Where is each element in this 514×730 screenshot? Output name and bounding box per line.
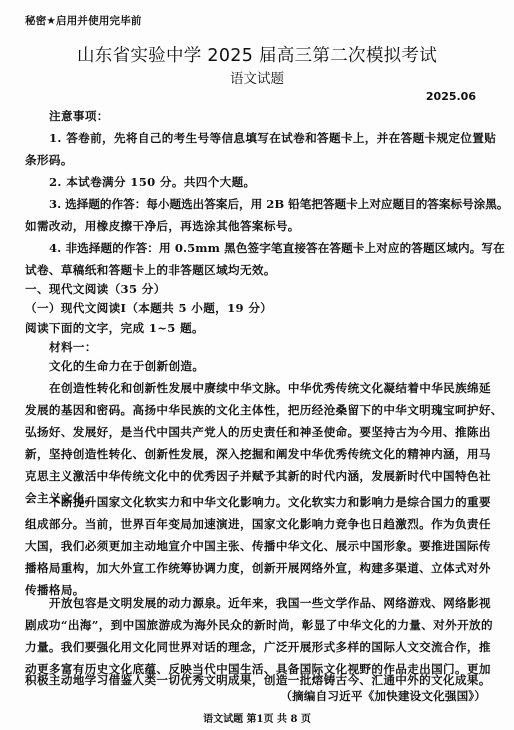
exam-body: 注意事项： 1. 答卷前，先将自己的考生号等信息填写在试卷和答题卡上，并在答题卡… <box>25 0 491 730</box>
paragraph-1-line: 弘扬好、发展好，是当代中国共产党人的历史责任和神圣使命。要坚持古为今用、推陈出 <box>25 424 491 440</box>
note-2: 2. 本试卷满分 150 分。共四个大题。 <box>49 174 255 190</box>
material-title: 文化的生命力在于创新创造。 <box>49 358 204 374</box>
material-label: 材料一： <box>49 339 97 355</box>
paragraph-3-line: 力量。我们要强化用文化同世界对话的理念，广泛开展形式多样的国际人文交流合作，推 <box>25 639 491 655</box>
paragraph-3-line: 积极主动地学习借鉴人类一切优秀文明成果，创造一批熔铸古今、汇通中外的文化成果。 <box>25 672 491 688</box>
reading-instruction: 阅读下面的文字，完成 1~5 题。 <box>25 320 204 336</box>
page-footer: 语文试题 第1页 共 8 页 <box>0 710 514 725</box>
paragraph-2-line: 大国，我们必须更加主动地宣介中国主张、传播中华文化、展示中国形象。要推进国际传 <box>25 538 491 554</box>
paragraph-1-line: 新，坚持创造性转化、创新性发展，深入挖掘和阐发中华优秀传统文化的精神内涵，用马 <box>25 446 491 462</box>
note-4-line1: 4. 非选择题的作答：用 0.5mm 黑色签字笔直接答在答题卡上对应的答题区域内… <box>49 240 505 256</box>
paragraph-2-line: 播格局重构，加大外宣工作统筹协调力度，创新开展网络外宣，构建多渠道、立体式对外 <box>25 560 491 576</box>
source-citation: （摘编自习近平《加快建设文化强国》） <box>280 688 486 704</box>
paragraph-1-line: 发展的基因和密码。高扬中华民族的文化主体性，把历经沧桑留下的中华文明瑰宝呵护好、 <box>25 402 503 418</box>
section-heading: 一、现代文阅读（35 分） <box>25 281 166 297</box>
paragraph-1-line: 在创造性转化和创新性发展中赓续中华文脉。中华优秀传统文化凝结着中华民族绵延 <box>49 380 491 396</box>
notes-heading: 注意事项： <box>49 108 109 124</box>
paragraph-3-line: 开放包容是文明发展的动力源泉。近年来，我国一些文学作品、网络游戏、网络影视 <box>49 595 491 611</box>
note-1-line1: 1. 答卷前，先将自己的考生号等信息填写在试卷和答题卡上，并在答题卡规定位置贴 <box>49 130 496 146</box>
paragraph-2-line: 组成部分。当前，世界百年变局加速演进，国家文化影响力竞争也日趋激烈。作为负责任 <box>25 516 491 532</box>
paragraph-1-line: 克思主义激活中华传统文化中的优秀因子并赋予其新的时代内涵，发展新时代中国特色社 <box>25 468 491 484</box>
paragraph-3-line: 剧成功“出海”，到中国旅游成为海外民众的新时尚，彰显了中华文化的力量、对外开放的 <box>25 617 493 633</box>
note-3-line1: 3. 选择题的作答：每小题选出答案后，用 2B 铅笔把答题卡上对应题目的答案标号… <box>49 196 508 212</box>
note-3-line2: 如需改动，用橡皮擦干净后，再选涂其他答案标号。 <box>25 218 300 234</box>
paragraph-2-line: 不断提升国家文化软实力和中华文化影响力。文化软实力和影响力是综合国力的重要 <box>49 494 491 510</box>
exam-page: 秘密★启用并使用完毕前 山东省实验中学 2025 届高三第二次模拟考试 语文试题… <box>0 0 514 730</box>
note-4-line2: 试卷、草稿纸和答题卡上的非答题区域均无效。 <box>25 262 276 278</box>
section-subheading: （一）现代文阅读Ⅰ（本题共 5 小题，19 分） <box>25 300 272 316</box>
note-1-line2: 条形码。 <box>25 152 73 168</box>
